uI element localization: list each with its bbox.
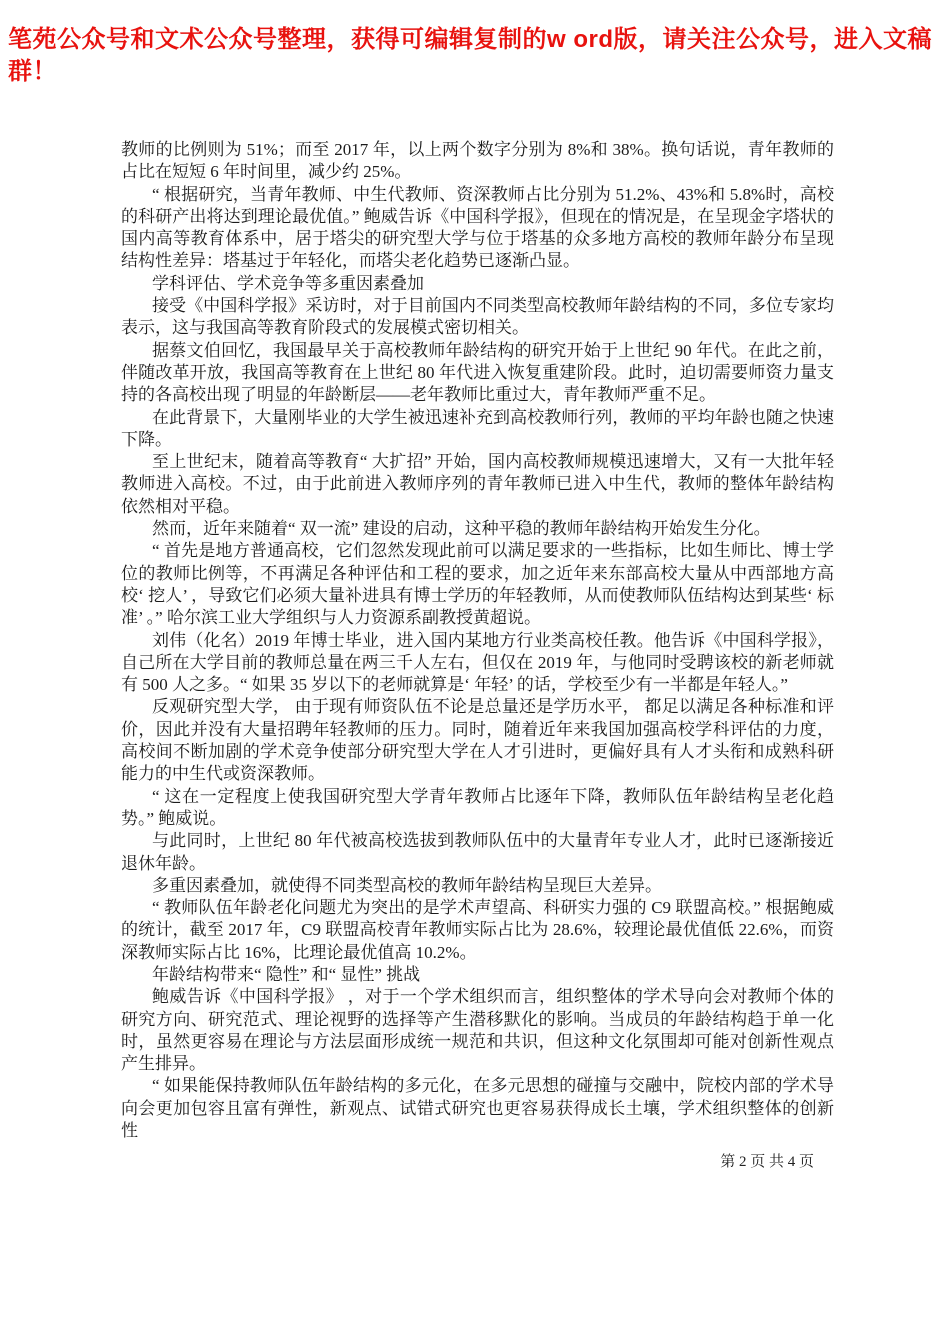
promo-banner: 笔苑公众号和文术公众号整理，获得可编辑复制的w ord版，请关注公众号，进入文稿… — [8, 24, 932, 88]
page-number: 第 2 页 共 4 页 — [720, 1154, 814, 1170]
paragraph: 据蔡文伯回忆，我国最早关于高校教师年龄结构的研究开始于上世纪 90 年代。在此之… — [121, 340, 834, 407]
paragraph: “ 根据研究，当青年教师、中生代教师、资深教师占比分别为 51.2%、43%和 … — [121, 184, 834, 273]
paragraph: 反观研究型大学， 由于现有师资队伍不论是总量还是学历水平， 都足以满足各种标准和… — [121, 696, 834, 785]
paragraph: 刘伟（化名）2019 年博士毕业，进入国内某地方行业类高校任教。他告诉《中国科学… — [121, 630, 834, 697]
paragraph: 接受《中国科学报》采访时，对于目前国内不同类型高校教师年龄结构的不同，多位专家均… — [121, 295, 834, 340]
paragraph: 然而，近年来随着“ 双一流” 建设的启动，这种平稳的教师年龄结构开始发生分化。 — [121, 518, 834, 540]
paragraph: 至上世纪末，随着高等教育“ 大扩招” 开始，国内高校教师规模迅速增大，又有一大批… — [121, 451, 834, 518]
paragraph: 在此背景下，大量刚毕业的大学生被迅速补充到高校教师行列，教师的平均年龄也随之快速… — [121, 407, 834, 452]
page-footer: 第 2 页 共 4 页 — [121, 1150, 834, 1171]
section-heading: 学科评估、学术竞争等多重因素叠加 — [121, 273, 834, 295]
paragraph: “ 如果能保持教师队伍年龄结构的多元化，在多元思想的碰撞与交融中，院校内部的学术… — [121, 1075, 834, 1142]
paragraph: 多重因素叠加，就使得不同类型高校的教师年龄结构呈现巨大差异。 — [121, 875, 834, 897]
paragraph: “ 教师队伍年龄老化问题尤为突出的是学术声望高、科研实力强的 C9 联盟高校。”… — [121, 897, 834, 964]
document-page: 笔苑公众号和文术公众号整理，获得可编辑复制的w ord版，请关注公众号，进入文稿… — [0, 0, 950, 1344]
paragraph: “ 首先是地方普通高校，它们忽然发现此前可以满足要求的一些指标，比如生师比、博士… — [121, 540, 834, 629]
document-body: 教师的比例则为 51%；而至 2017 年，以上两个数字分别为 8%和 38%。… — [121, 139, 834, 1142]
paragraph-continuation: 教师的比例则为 51%；而至 2017 年，以上两个数字分别为 8%和 38%。… — [121, 139, 834, 184]
section-heading: 年龄结构带来“ 隐性” 和“ 显性” 挑战 — [121, 964, 834, 986]
paragraph: 鲍威告诉《中国科学报》 ，对于一个学术组织而言，组织整体的学术导向会对教师个体的… — [121, 986, 834, 1075]
paragraph: “ 这在一定程度上使我国研究型大学青年教师占比逐年下降，教师队伍年龄结构呈老化趋… — [121, 786, 834, 831]
paragraph: 与此同时，上世纪 80 年代被高校选拔到教师队伍中的大量青年专业人才，此时已逐渐… — [121, 830, 834, 875]
